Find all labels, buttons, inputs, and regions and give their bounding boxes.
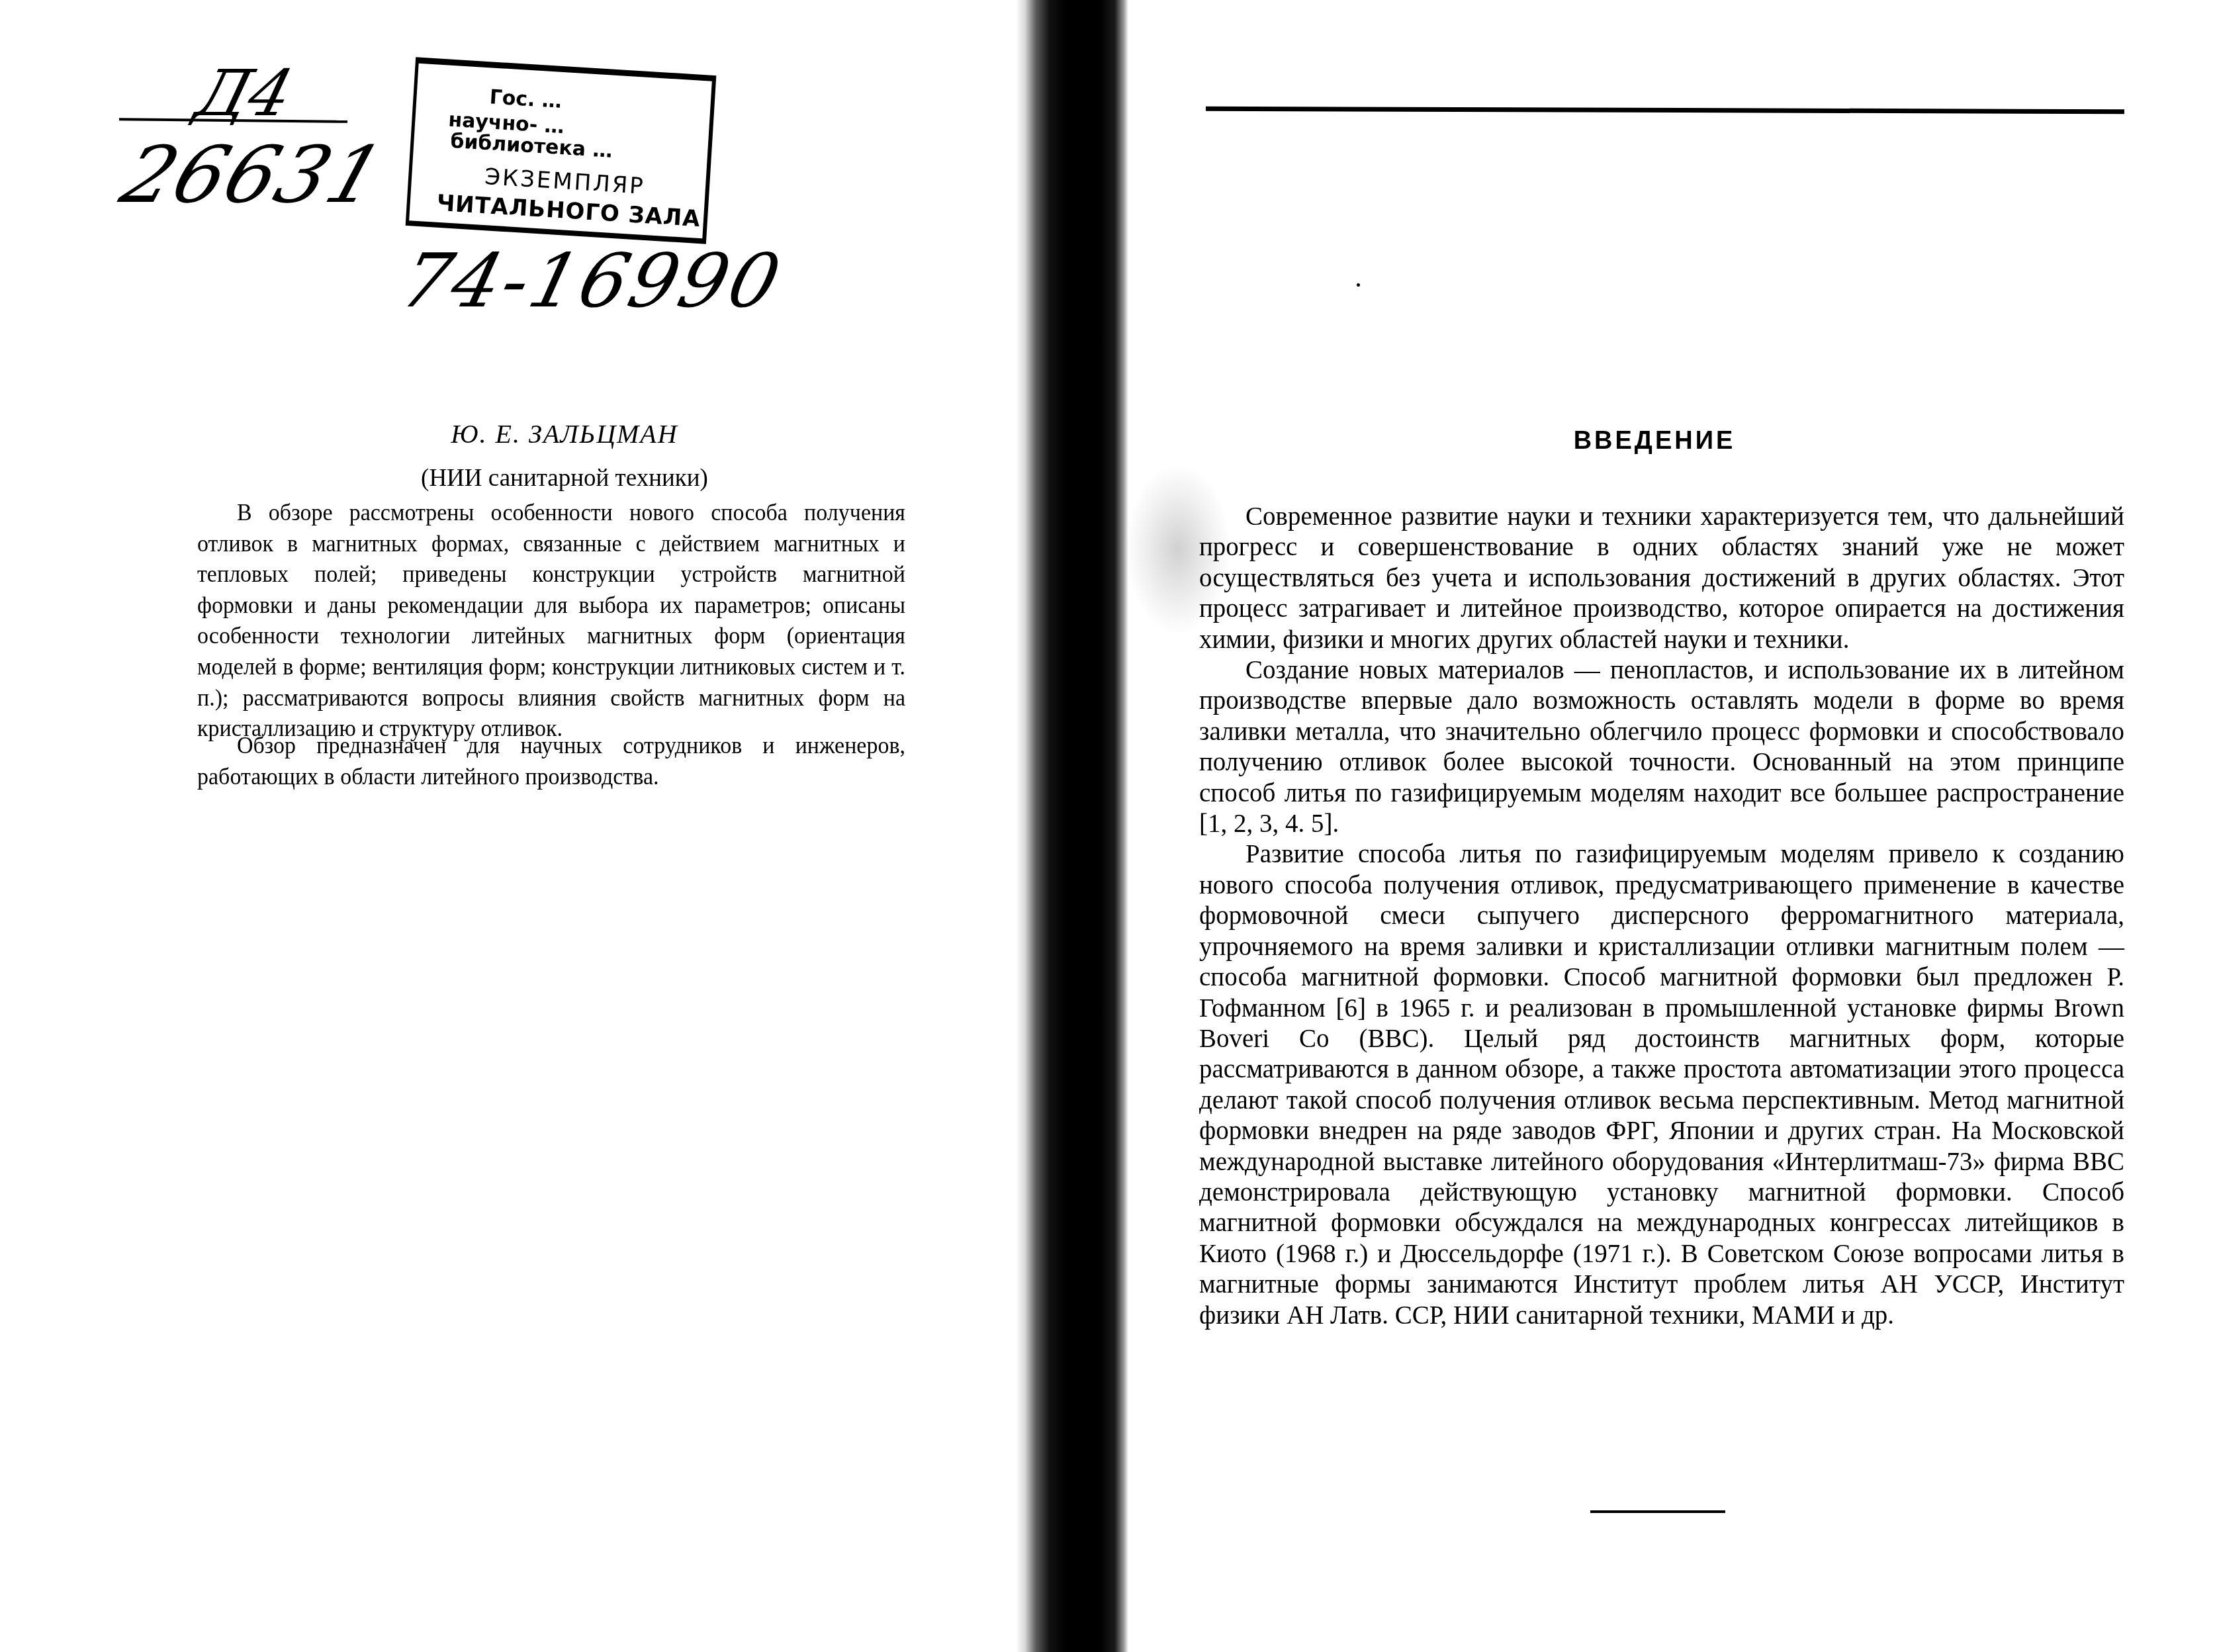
stamp-line: ЭКЗЕМПЛЯР — [484, 165, 645, 198]
author-name: Ю. Е. ЗАЛЬЦМАН — [197, 417, 905, 451]
author-affiliation: (НИИ санитарной техники) — [197, 462, 905, 495]
header-rule — [1206, 107, 2124, 114]
stamp-line: ЧИТАЛЬНОГО ЗАЛА — [436, 192, 701, 230]
library-stamp: Гос. … научно- … библиотека … ЭКЗЕМПЛЯР … — [406, 57, 717, 244]
handwritten-shelf-mark-bottom: 26631 — [111, 129, 396, 220]
introduction-body: Современное развитие науки и техники хар… — [1199, 502, 2124, 1331]
stamp-line: библиотека … — [450, 132, 613, 161]
scan-speck — [1357, 283, 1360, 287]
body-paragraph: Создание новых материалов — пенопластов,… — [1199, 655, 2124, 839]
end-rule — [1590, 1510, 1725, 1513]
section-heading: ВВЕДЕНИЕ — [1191, 427, 2118, 455]
book-gutter — [1016, 0, 1128, 1652]
body-paragraph: Развитие способа литья по газифицируемым… — [1199, 839, 2124, 1331]
abstract-paragraph: В обзоре рассмотрены особенности нового … — [197, 498, 905, 745]
abstract-block: Ю. Е. ЗАЛЬЦМАН (НИИ санитарной техники) … — [197, 404, 905, 789]
stamp-line: Гос. … — [489, 87, 563, 112]
body-paragraph: Современное развитие науки и техники хар… — [1199, 502, 2124, 655]
handwritten-accession-number: 74-16990 — [393, 238, 791, 324]
abstract-paragraph: Обзор предназначен для научных сотрудник… — [197, 731, 905, 792]
abstract: В обзоре рассмотрены особенности нового … — [197, 498, 905, 789]
